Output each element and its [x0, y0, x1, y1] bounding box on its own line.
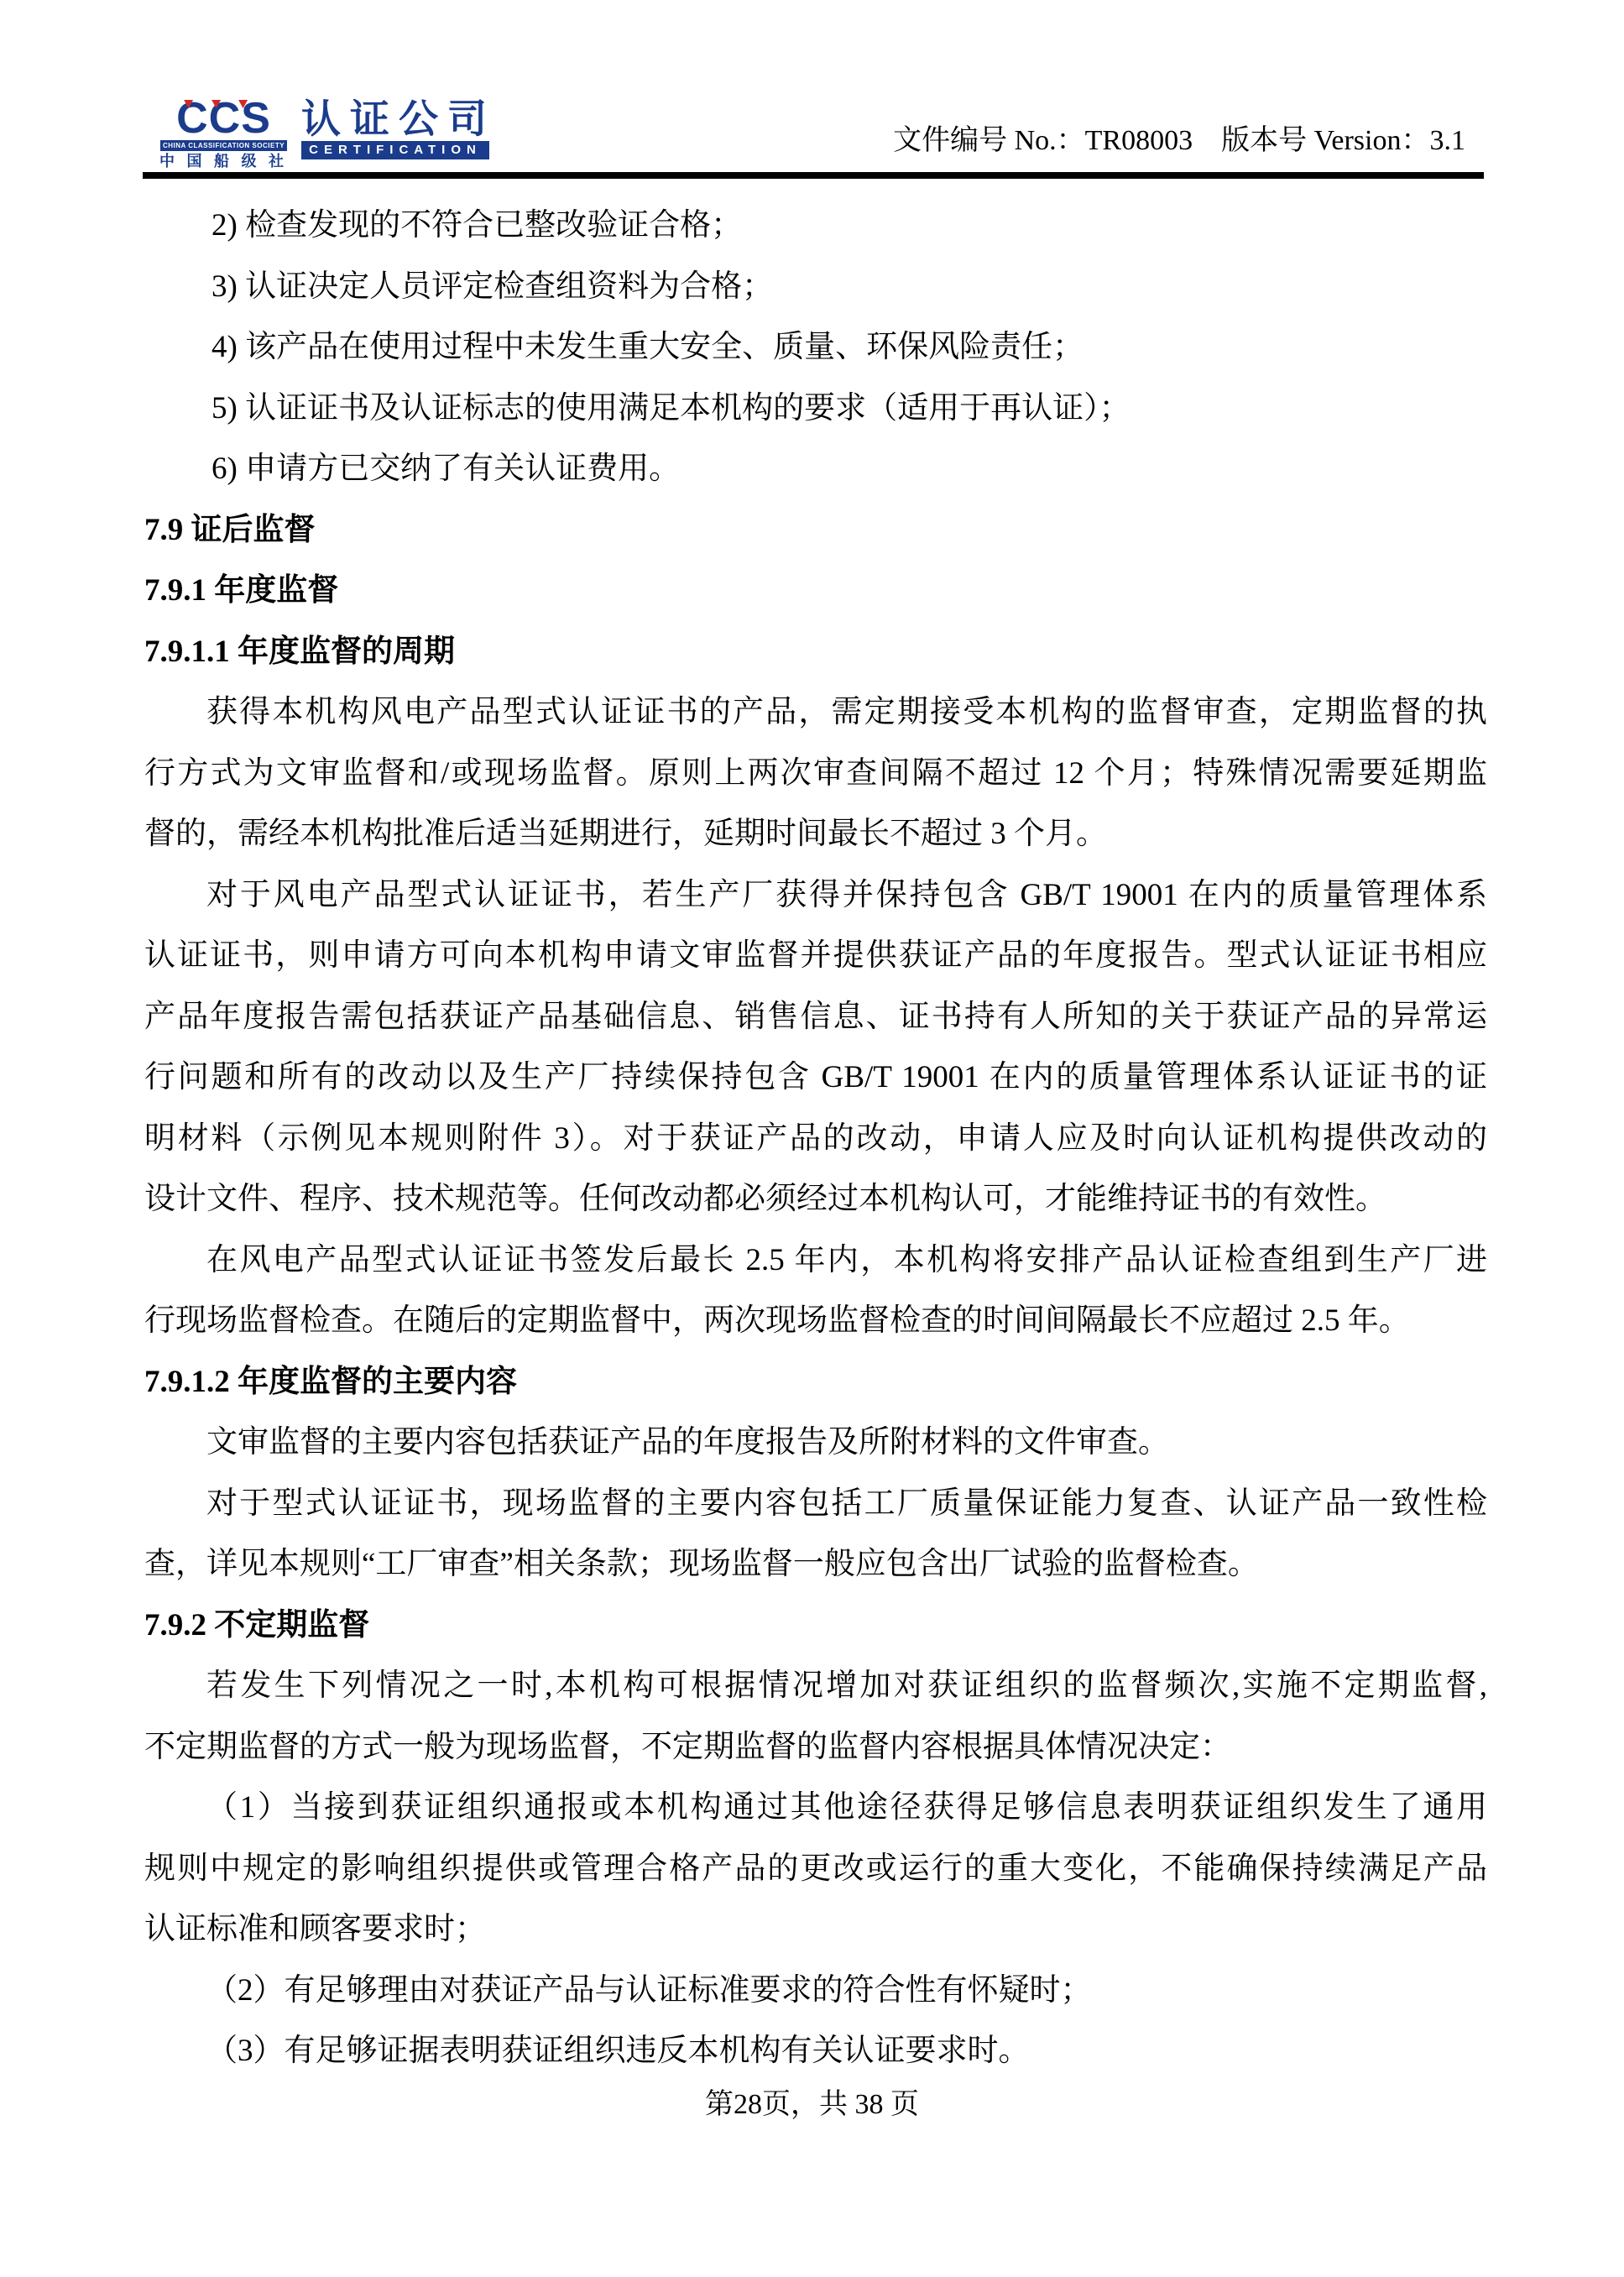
paragraph-line: （3）有足够证据表明获证组织违反本机构有关认证要求时。	[144, 2021, 1487, 2082]
section-heading: 7.9.1 年度监督	[144, 561, 1487, 622]
logo-right-block: 认证公司 CERTIFICATION	[301, 99, 496, 159]
logo-left-block: CCS CHINA CLASSIFICATION SOCIETY 中 国 船 级…	[159, 99, 288, 170]
ccs-logo: CCS CHINA CLASSIFICATION SOCIETY 中 国 船 级…	[159, 99, 496, 170]
paragraph-line: （1）当接到获证组织通报或本机构通过其他途径获得足够信息表明获证组织发生了通用	[144, 1778, 1487, 1839]
paragraph-line: 认证标准和顾客要求时；	[144, 1899, 1487, 1961]
paragraph-line: 设计文件、程序、技术规范等。任何改动都必须经过本机构认可，才能维持证书的有效性。	[144, 1169, 1487, 1230]
society-name-cn: 中 国 船 级 社	[159, 152, 288, 170]
paragraph-line: 督的，需经本机构批准后适当延期进行，延期时间最长不超过 3 个月。	[144, 804, 1487, 865]
paragraph-line: 若发生下列情况之一时,本机构可根据情况增加对获证组织的监督频次,实施不定期监督,	[144, 1656, 1487, 1717]
paragraph-line: 对于型式认证证书，现场监督的主要内容包括工厂质量保证能力复查、认证产品一致性检	[144, 1474, 1487, 1535]
section-heading: 7.9.2 不定期监督	[144, 1595, 1487, 1657]
section-heading: 7.9.1.1 年度监督的周期	[144, 622, 1487, 683]
list-item: 3) 认证决定人员评定检查组资料为合格；	[144, 257, 1487, 318]
certification-bar: CERTIFICATION	[301, 141, 489, 159]
list-item: 4) 该产品在使用过程中未发生重大安全、质量、环保风险责任；	[144, 317, 1487, 379]
company-name-cn: 认证公司	[301, 99, 496, 139]
paragraph-line: 对于风电产品型式认证证书，若生产厂获得并保持包含 GB/T 19001 在内的质…	[144, 865, 1487, 927]
document-number: 文件编号 No.：TR08003 版本号 Version：3.1	[739, 123, 1465, 159]
document-body: 2) 检查发现的不符合已整改验证合格；3) 认证决定人员评定检查组资料为合格；4…	[144, 196, 1487, 2082]
paragraph-line: （2）有足够理由对获证产品与认证标准要求的符合性有怀疑时；	[144, 1961, 1487, 2022]
paragraph-line: 规则中规定的影响组织提供或管理合格产品的更改或运行的重大变化，不能确保持续满足产…	[144, 1839, 1487, 1900]
paragraph-line: 在风电产品型式认证证书签发后最长 2.5 年内，本机构将安排产品认证检查组到生产…	[144, 1230, 1487, 1292]
paragraph-line: 行问题和所有的改动以及生产厂持续保持包含 GB/T 19001 在内的质量管理体…	[144, 1047, 1487, 1109]
paragraph-line: 产品年度报告需包括获证产品基础信息、销售信息、证书持有人所知的关于获证产品的异常…	[144, 987, 1487, 1048]
paragraph-line: 明材料（示例见本规则附件 3）。对于获证产品的改动，申请人应及时向认证机构提供改…	[144, 1109, 1487, 1170]
list-item: 2) 检查发现的不符合已整改验证合格；	[144, 196, 1487, 257]
paragraph-line: 文审监督的主要内容包括获证产品的年度报告及所附材料的文件审查。	[144, 1413, 1487, 1474]
paragraph-line: 行现场监督检查。在随后的定期监督中，两次现场监督检查的时间间隔最长不应超过 2.…	[144, 1291, 1487, 1352]
paragraph-line: 获得本机构风电产品型式认证证书的产品，需定期接受本机构的监督审查，定期监督的执	[144, 682, 1487, 744]
ccs-wordmark: CCS	[176, 99, 271, 138]
paragraph-line: 认证证书，则申请方可向本机构申请文审监督并提供获证产品的年度报告。型式认证证书相…	[144, 926, 1487, 987]
list-item: 5) 认证证书及认证标志的使用满足本机构的要求（适用于再认证）；	[144, 379, 1487, 440]
header-divider	[143, 172, 1484, 179]
list-item: 6) 申请方已交纳了有关认证费用。	[144, 439, 1487, 500]
paragraph-line: 查，详见本规则“工厂审查”相关条款；现场监督一般应包含出厂试验的监督检查。	[144, 1534, 1487, 1595]
page-number: 第28页，共 38 页	[0, 2080, 1624, 2130]
document-page: CCS CHINA CLASSIFICATION SOCIETY 中 国 船 级…	[0, 0, 1624, 2277]
paragraph-line: 不定期监督的方式一般为现场监督，不定期监督的监督内容根据具体情况决定：	[144, 1717, 1487, 1778]
paragraph-line: 行方式为文审监督和/或现场监督。原则上两次审查间隔不超过 12 个月；特殊情况需…	[144, 744, 1487, 805]
section-heading: 7.9.1.2 年度监督的主要内容	[144, 1352, 1487, 1413]
section-heading: 7.9 证后监督	[144, 500, 1487, 561]
